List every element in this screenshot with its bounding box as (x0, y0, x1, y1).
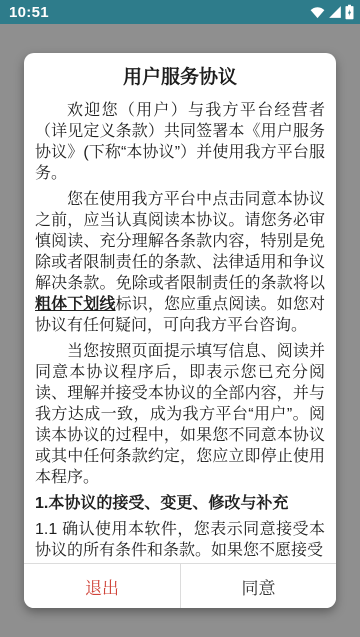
agreement-paragraph-acceptance: 当您按照页面提示填写信息、阅读并同意本协议程序后，即表示您已充分阅读、理解并接受… (35, 341, 325, 488)
dialog-title: 用户服务协议 (24, 66, 336, 90)
agreement-paragraph-welcome: 欢迎您（用户）与我方平台经营者（详见定义条款）共同签署本《用户服务协议》(下称“… (35, 100, 325, 184)
dialog-button-row: 退出 同意 (24, 563, 336, 608)
agreement-paragraph-read-notice: 您在使用我方平台中点击同意本协议之前，应当认真阅读本协议。请您务必审慎阅读、充分… (35, 189, 325, 336)
user-agreement-dialog: 用户服务协议 欢迎您（用户）与我方平台经营者（详见定义条款）共同签署本《用户服务… (24, 53, 336, 608)
exit-button[interactable]: 退出 (24, 564, 180, 608)
wifi-icon (310, 6, 325, 19)
status-bar: 10:51 (0, 0, 360, 24)
agreement-text-scroll-area[interactable]: 欢迎您（用户）与我方平台经营者（详见定义条款）共同签署本《用户服务协议》(下称“… (24, 100, 336, 563)
cellular-signal-icon (328, 5, 342, 19)
status-icons (310, 4, 354, 20)
bold-underline-emphasis: 粗体下划线 (35, 296, 116, 313)
battery-charging-icon (345, 4, 354, 20)
section-1-heading: 1.本协议的接受、变更、修改与补充 (35, 493, 325, 514)
clock: 10:51 (9, 4, 49, 21)
notice-text-before: 您在使用我方平台中点击同意本协议之前，应当认真阅读本协议。请您务必审慎阅读、充分… (35, 191, 325, 292)
agree-button[interactable]: 同意 (180, 564, 336, 608)
agreement-paragraph-1-1: 1.1 确认使用本软件，您表示同意接受本协议的所有条件和条款。如果您不愿接受 (35, 519, 325, 561)
